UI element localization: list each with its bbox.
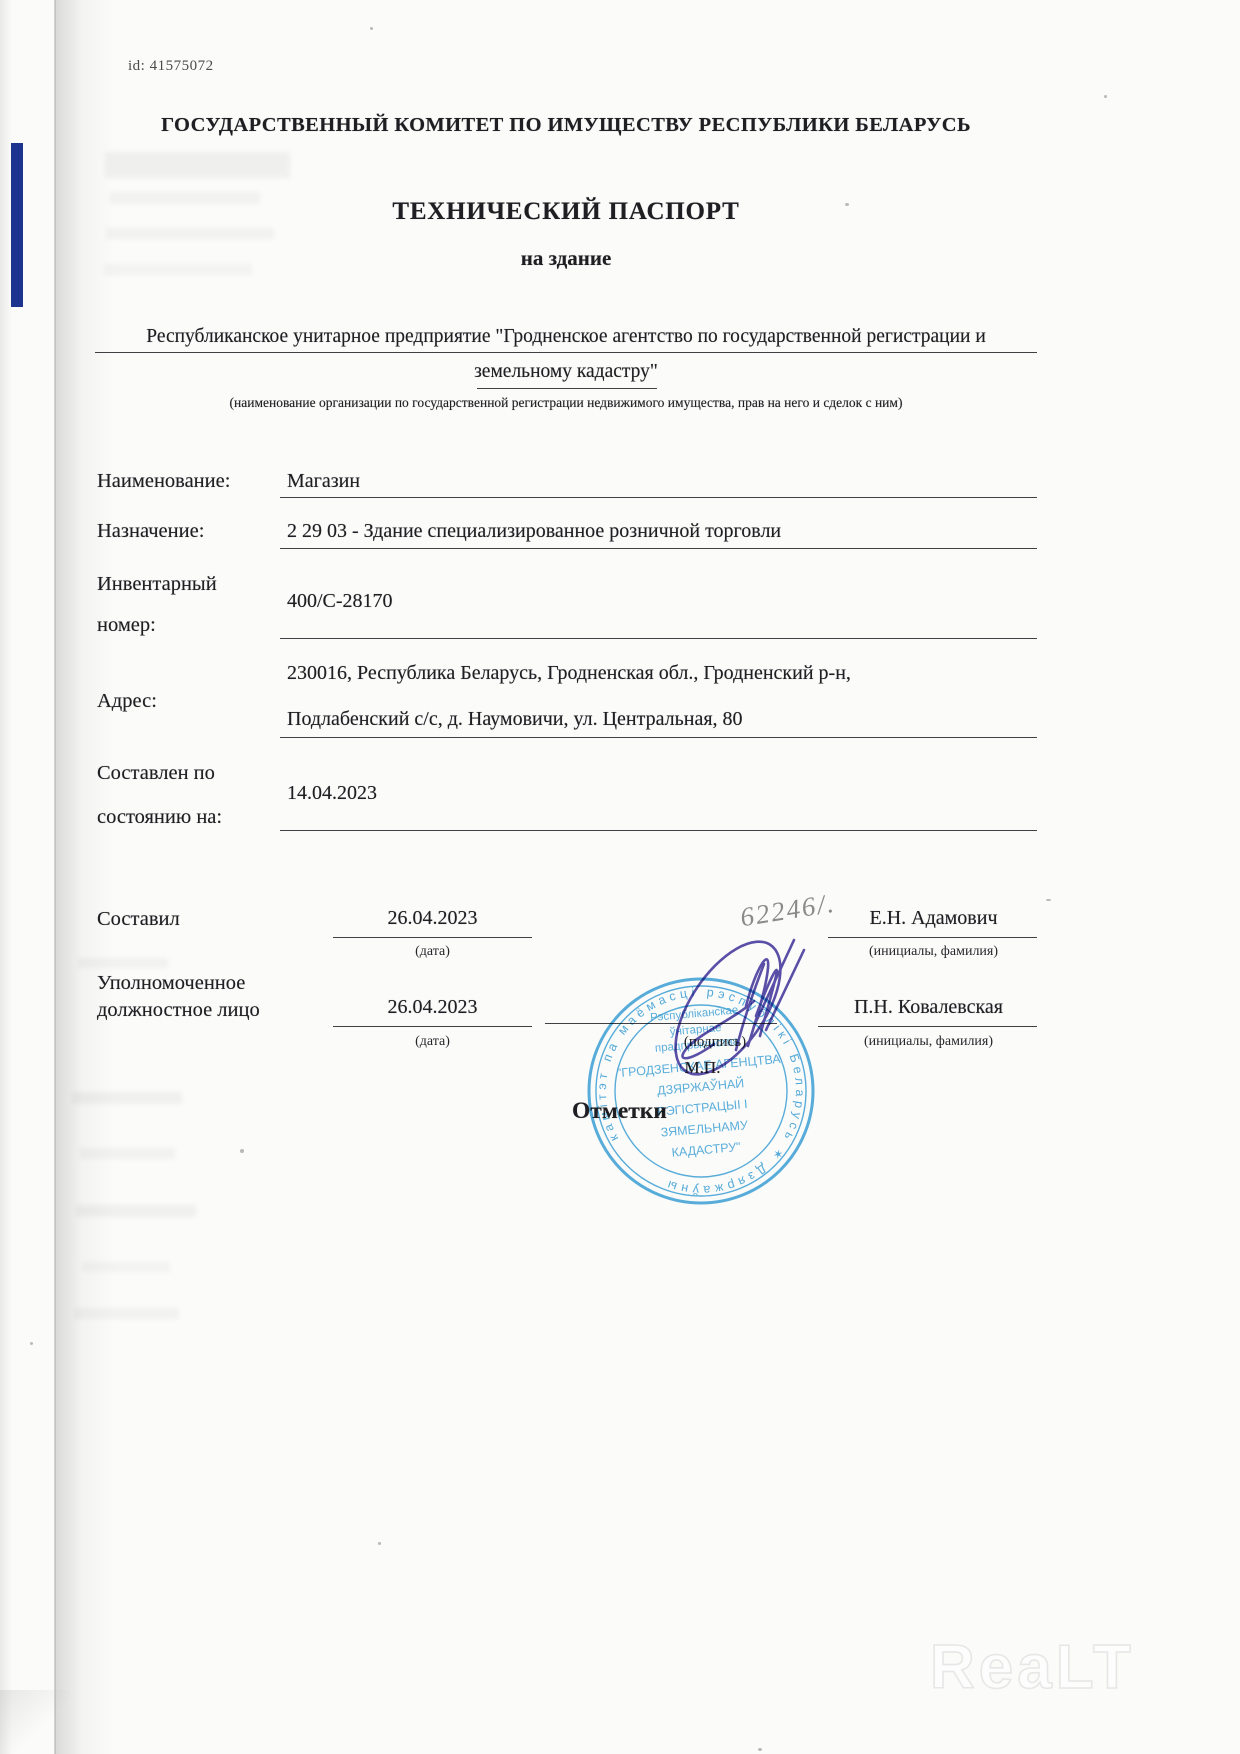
underline [280, 638, 1037, 639]
underline [818, 1026, 1037, 1027]
authorized-name: П.Н. Ковалевская [820, 996, 1037, 1019]
compiled-by-label: Составил [97, 908, 180, 931]
underline [280, 830, 1037, 831]
underline [280, 497, 1037, 498]
field-address-value-line1: 230016, Республика Беларусь, Гродненская… [287, 662, 851, 685]
stamp-inner-line: ЗЯМЕЛЬНАМУ [660, 1118, 748, 1140]
committee-heading: ГОСУДАРСТВЕННЫЙ КОМИТЕТ ПО ИМУЩЕСТВУ РЕС… [95, 114, 1037, 137]
scan-id-text: id: 41575072 [128, 58, 214, 75]
field-name-value: Магазин [287, 470, 360, 493]
bleedthrough-artifact [106, 228, 274, 239]
document-title: ТЕХНИЧЕСКИЙ ПАСПОРТ [95, 198, 1037, 226]
scan-speck [30, 1342, 33, 1345]
scan-speck [240, 1149, 244, 1153]
scan-speck [370, 27, 373, 30]
authorized-official-label-line1: Уполномоченное [97, 972, 245, 995]
compiled-name: Е.Н. Адамович [830, 907, 1037, 930]
corner-fold-shadow [0, 1690, 70, 1754]
organization-name-line2: земельному кадастру" [95, 361, 1037, 383]
scan-speck [1104, 95, 1107, 98]
bleedthrough-artifact [76, 1205, 196, 1217]
underline [280, 548, 1037, 549]
authorized-date-caption: (дата) [335, 1034, 530, 1050]
authorized-official-label-line2: должностное лицо [97, 999, 260, 1022]
bleedthrough-artifact [74, 1308, 179, 1319]
handwritten-signature [618, 898, 818, 1098]
paper-edge-line [54, 0, 56, 1754]
field-inventory-label-line1: Инвентарный [97, 573, 217, 596]
scan-speck [1046, 899, 1051, 901]
underline [280, 737, 1037, 738]
underline [95, 352, 1037, 353]
bleedthrough-artifact [72, 1092, 182, 1104]
field-asof-label-line2: состоянию на: [97, 806, 222, 829]
organization-caption: (наименование организации по государстве… [95, 395, 1037, 411]
scan-speck [758, 1748, 762, 1751]
authorized-name-caption: (инициалы, фамилия) [820, 1034, 1037, 1050]
stamp-inner-line: РЭГІСТРАЦЫІ І [657, 1097, 748, 1119]
field-address-value-line2: Подлабенский с/с, д. Наумовичи, ул. Цент… [287, 708, 743, 731]
underline [333, 937, 532, 938]
compiled-date: 26.04.2023 [335, 907, 530, 930]
field-purpose-value: 2 29 03 - Здание специализированное розн… [287, 520, 781, 543]
underline [828, 937, 1037, 938]
field-purpose-label: Назначение: [97, 520, 204, 543]
realt-watermark: ReaLT [920, 1620, 1210, 1720]
field-address-label: Адрес: [97, 690, 157, 713]
scan-speck [378, 1542, 381, 1545]
underline [333, 1026, 532, 1027]
underline [477, 388, 657, 389]
document-subtitle: на здание [95, 246, 1037, 271]
field-asof-value: 14.04.2023 [287, 782, 377, 805]
field-inventory-value: 400/С-28170 [287, 590, 393, 613]
bleedthrough-artifact [105, 152, 290, 178]
authorized-date: 26.04.2023 [335, 996, 530, 1019]
compiled-date-caption: (дата) [335, 944, 530, 960]
realt-watermark-text: ReaLT [930, 1633, 1135, 1702]
bleedthrough-artifact [82, 1262, 170, 1272]
field-inventory-label-line2: номер: [97, 614, 156, 637]
scanned-document-page: id: 41575072 ГОСУДАРСТВЕННЫЙ КОМИТЕТ ПО … [0, 0, 1240, 1754]
field-name-label: Наименование: [97, 470, 230, 493]
stamp-inner-line: КАДАСТРУ" [671, 1140, 741, 1160]
field-asof-label-line1: Составлен по [97, 762, 215, 785]
bleedthrough-artifact [80, 1148, 175, 1159]
margin-navy-bar [11, 143, 23, 307]
compiled-name-caption: (инициалы, фамилия) [830, 944, 1037, 960]
bleedthrough-artifact [78, 958, 168, 968]
organization-name-line1: Республиканское унитарное предприятие "Г… [95, 326, 1037, 348]
